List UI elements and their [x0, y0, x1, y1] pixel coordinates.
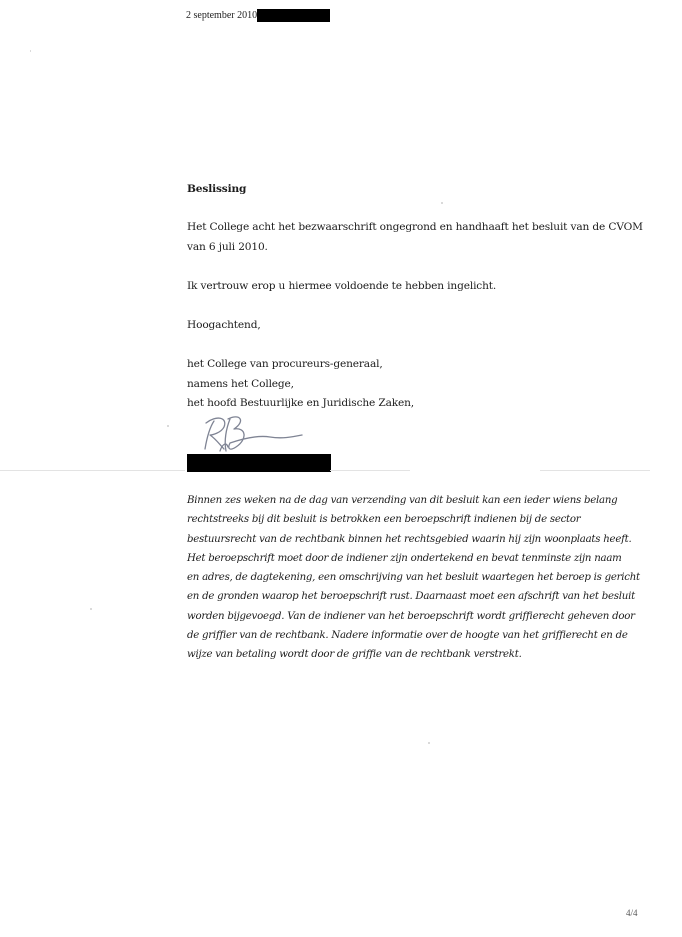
notice-line: wijze van betaling wordt door de griffie…	[187, 645, 647, 664]
letter-date: 2 september 2010	[186, 10, 257, 21]
notice-line: en de gronden waarop het beroepschrift r…	[187, 587, 647, 606]
closing-paragraph: Ik vertrouw erop u hiermee voldoende te …	[187, 277, 496, 297]
decision-line-2: van 6 juli 2010.	[187, 238, 657, 258]
signature-icon	[200, 413, 310, 455]
scan-artifact-line	[0, 470, 185, 471]
page-number: 4/4	[626, 908, 638, 918]
signatory-line-1: het College van procureurs-generaal,	[187, 355, 414, 375]
decision-line-1: Het College acht het bezwaarschrift onge…	[187, 218, 657, 238]
appeal-notice: Binnen zes weken na de dag van verzendin…	[187, 491, 647, 665]
scan-speck	[30, 50, 31, 52]
signatory-block: het College van procureurs-generaal, nam…	[187, 355, 414, 414]
document-page: 2 september 2010 Beslissing Het College …	[0, 0, 682, 937]
redacted-signatory-name	[187, 454, 331, 472]
salutation: Hoogachtend,	[187, 316, 261, 336]
scan-speck	[90, 608, 92, 610]
notice-line: en adres, de dagtekening, een omschrijvi…	[187, 568, 647, 587]
section-heading: Beslissing	[187, 180, 246, 200]
closing-line: Ik vertrouw erop u hiermee voldoende te …	[187, 277, 496, 297]
notice-line: rechtstreeks bij dit besluit is betrokke…	[187, 510, 647, 529]
notice-line: worden bijgevoegd. Van de indiener van h…	[187, 607, 647, 626]
scan-speck	[167, 425, 169, 427]
date-line: 2 september 2010	[186, 9, 330, 22]
notice-line: de griffier van de rechtbank. Nadere inf…	[187, 626, 647, 645]
notice-line: bestuursrecht van de rechtbank binnen he…	[187, 530, 647, 549]
salutation-line: Hoogachtend,	[187, 316, 261, 336]
signatory-line-2: namens het College,	[187, 375, 414, 395]
scan-artifact-line	[330, 470, 410, 471]
notice-line: Het beroepschrift moet door de indiener …	[187, 549, 647, 568]
notice-line: Binnen zes weken na de dag van verzendin…	[187, 491, 647, 510]
scan-speck	[428, 742, 430, 744]
decision-paragraph: Het College acht het bezwaarschrift onge…	[187, 218, 657, 257]
redacted-reference	[257, 9, 330, 22]
scan-artifact-line	[540, 470, 650, 471]
signatory-line-3: het hoofd Bestuurlijke en Juridische Zak…	[187, 394, 414, 414]
scan-speck	[441, 202, 443, 204]
